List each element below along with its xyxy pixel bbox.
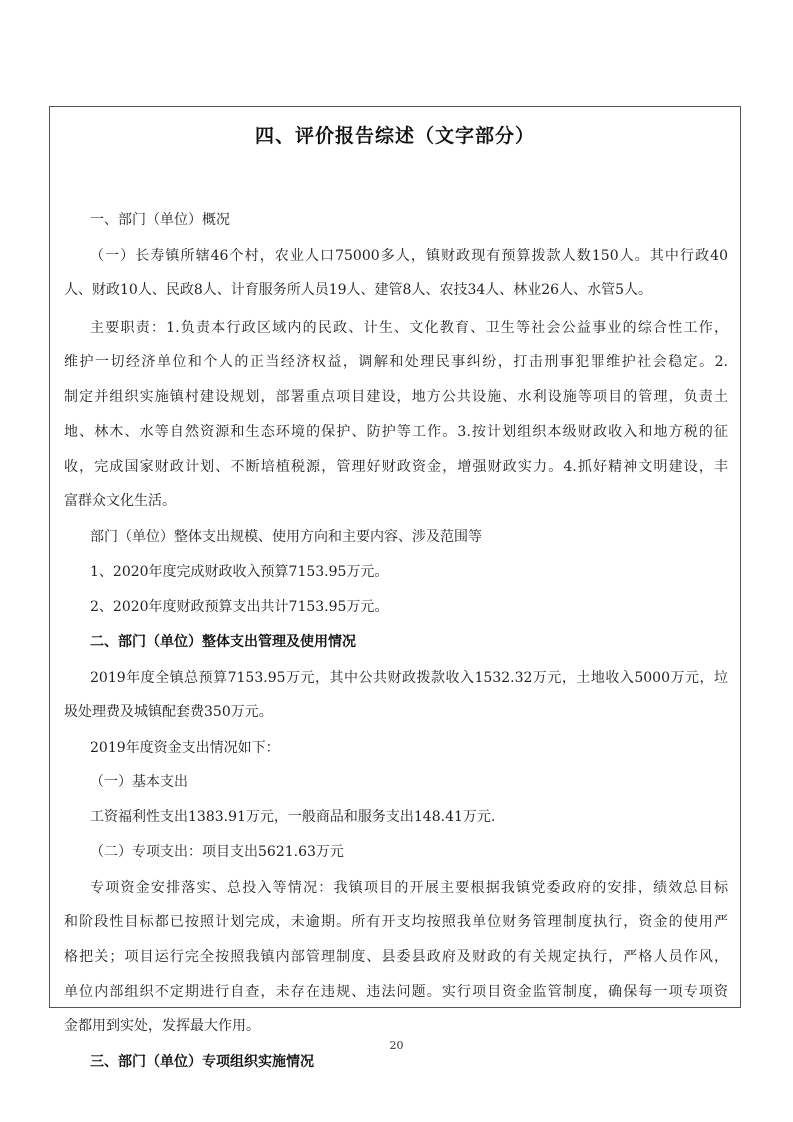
basic-spending-heading: （一）基本支出 [90,773,188,791]
budget-line-2: 圾处理费及城镇配套费350万元。 [64,703,273,721]
duties-line-2: 维护一切经济单位和个人的正当经济权益，调解和处理民事纠纷，打击刑事犯罪维护社会稳… [64,353,728,371]
scope-item-2: 2、2020年度财政预算支出共计7153.95万元。 [90,598,388,616]
spending-intro: 2019年度资金支出情况如下： [90,739,280,757]
report-frame: 四、评价报告综述（文字部分） 一、部门（单位）概况 （一）长寿镇所辖46个村，农… [49,106,741,1008]
special-detail-line-5: 金都用到实处，发挥最大作用。 [64,1017,260,1035]
section-3-heading: 三、部门（单位）专项组织实施情况 [90,1053,314,1071]
special-detail-line-4: 单位内部组织不定期进行自查，未存在违规、违法问题。实行项目资金监管制度，确保每一… [64,983,728,1001]
overview-line-1: （一）长寿镇所辖46个村，农业人口75000多人，镇财政现有预算拨款人数150人… [90,247,728,265]
budget-line-1: 2019年度全镇总预算7153.95万元，其中公共财政拨款收入1532.32万元… [90,669,728,687]
scope-heading: 部门（单位）整体支出规模、使用方向和主要内容、涉及范围等 [90,528,482,546]
scope-item-1: 1、2020年度完成财政收入预算7153.95万元。 [90,563,388,581]
section-1-heading: 一、部门（单位）概况 [90,211,230,229]
overview-line-2: 人、财政10人、民政8人、计育服务所人员19人、建管8人、农技34人、林业26人… [64,281,652,299]
page-title: 四、评价报告综述（文字部分） [50,121,740,148]
page-number: 20 [0,1039,793,1052]
duties-line-4: 地、林木、水等自然资源和生态环境的保护、防护等工作。3.按计划组织本级财政收入和… [64,423,728,441]
duties-line-3: 制定并组织实施镇村建设规划，部署重点项目建设，地方公共设施、水利设施等项目的管理… [64,388,728,406]
special-spending-heading: （二）专项支出：项目支出5621.63万元 [90,843,344,861]
special-detail-line-2: 和阶段性目标都已按照计划完成，未逾期。所有开支均按照我单位财务管理制度执行，资金… [64,913,728,931]
duties-line-1: 主要职责：1.负责本行政区域内的民政、计生、文化教育、卫生等社会公益事业的综合性… [90,319,728,337]
section-2-heading: 二、部门（单位）整体支出管理及使用情况 [90,633,356,651]
special-detail-line-1: 专项资金安排落实、总投入等情况：我镇项目的开展主要根据我镇党委政府的安排，绩效总… [90,879,728,897]
duties-line-6: 富群众文化生活。 [64,492,176,510]
special-detail-line-3: 格把关；项目运行完全按照我镇内部管理制度、县委县政府及财政的有关规定执行，严格人… [64,948,728,966]
basic-spending-detail: 工资福利性支出1383.91万元，一般商品和服务支出148.41万元. [90,808,495,826]
duties-line-5: 收，完成国家财政计划、不断培植税源，管理好财政资金，增强财政实力。4.抓好精神文… [64,458,728,476]
